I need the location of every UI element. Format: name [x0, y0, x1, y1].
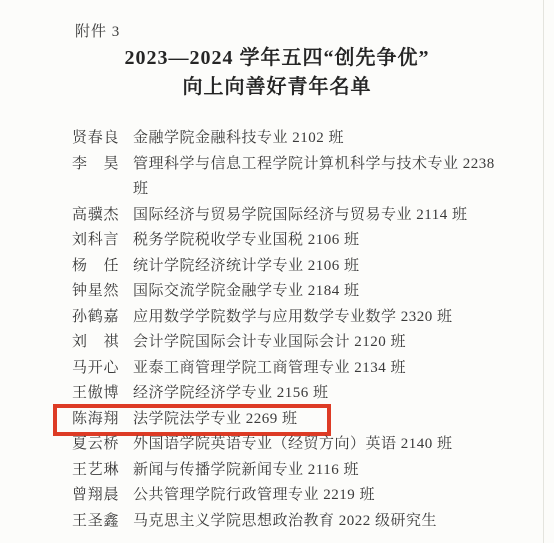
list-item: 刘科言 税务学院税收学专业国税 2106 班 — [72, 228, 512, 254]
person-detail: 法学院法学专业 2269 班 — [133, 407, 495, 433]
person-name: 孙鹤嘉 — [72, 305, 119, 331]
person-detail: 国际经济与贸易学院国际经济与贸易专业 2114 班 — [133, 203, 495, 229]
person-name: 杨 任 — [72, 254, 119, 280]
person-detail: 金融学院金融科技专业 2102 班 — [133, 126, 495, 152]
document-title: 2023—2024 学年五四“创先争优” 向上向善好青年名单 — [0, 44, 554, 102]
person-name: 夏云桥 — [72, 432, 119, 458]
document-title-line2: 向上向善好青年名单 — [0, 73, 554, 102]
person-detail: 统计学院经济统计学专业 2106 班 — [133, 254, 495, 280]
list-item: 贤春良 金融学院金融科技专业 2102 班 — [72, 126, 512, 152]
person-name: 贤春良 — [72, 126, 119, 152]
list-item: 李 昊 管理科学与信息工程学院计算机科学与技术专业 2238 班 — [72, 152, 512, 203]
scanned-document-page: 附件 3 2023—2024 学年五四“创先争优” 向上向善好青年名单 贤春良 … — [0, 0, 554, 543]
person-detail: 亚泰工商管理学院工商管理专业 2134 班 — [133, 356, 495, 382]
list-item: 杨 任 统计学院经济统计学专业 2106 班 — [72, 254, 512, 280]
person-name: 刘 祺 — [72, 330, 119, 356]
person-name: 马开心 — [72, 356, 119, 382]
person-name: 高骥杰 — [72, 203, 119, 229]
list-item-highlighted: 陈海翔 法学院法学专业 2269 班 — [72, 407, 512, 433]
person-name: 王艺琳 — [72, 458, 119, 484]
person-detail: 新闻与传播学院新闻专业 2116 班 — [133, 458, 495, 484]
person-detail: 会计学院国际会计专业国际会计 2120 班 — [133, 330, 495, 356]
person-name: 曾翔晨 — [72, 483, 119, 509]
person-name: 陈海翔 — [72, 407, 119, 433]
attachment-label: 附件 3 — [75, 20, 120, 41]
list-item: 马开心 亚泰工商管理学院工商管理专业 2134 班 — [72, 356, 512, 382]
list-item: 孙鹤嘉 应用数学学院数学与应用数学专业数学 2320 班 — [72, 305, 512, 331]
list-item: 王艺琳 新闻与传播学院新闻专业 2116 班 — [72, 458, 512, 484]
person-detail: 管理科学与信息工程学院计算机科学与技术专业 2238 班 — [133, 152, 495, 203]
person-name: 王傲博 — [72, 381, 119, 407]
document-title-line1: 2023—2024 学年五四“创先争优” — [0, 44, 554, 73]
list-item: 王傲博 经济学院经济学专业 2156 班 — [72, 381, 512, 407]
person-detail: 经济学院经济学专业 2156 班 — [133, 381, 495, 407]
person-detail: 应用数学学院数学与应用数学专业数学 2320 班 — [133, 305, 495, 331]
list-item: 曾翔晨 公共管理学院行政管理专业 2219 班 — [72, 483, 512, 509]
list-item: 刘 祺 会计学院国际会计专业国际会计 2120 班 — [72, 330, 512, 356]
person-detail: 国际交流学院金融学专业 2184 班 — [133, 279, 495, 305]
person-detail: 马克思主义学院思想政治教育 2022 级研究生 — [133, 509, 495, 535]
person-detail: 税务学院税收学专业国税 2106 班 — [133, 228, 495, 254]
person-detail: 外国语学院英语专业（经贸方向）英语 2140 班 — [133, 432, 495, 458]
awardee-list: 贤春良 金融学院金融科技专业 2102 班 李 昊 管理科学与信息工程学院计算机… — [72, 126, 512, 534]
person-name: 刘科言 — [72, 228, 119, 254]
person-name: 钟星然 — [72, 279, 119, 305]
list-item: 王圣鑫 马克思主义学院思想政治教育 2022 级研究生 — [72, 509, 512, 535]
list-item: 夏云桥 外国语学院英语专业（经贸方向）英语 2140 班 — [72, 432, 512, 458]
person-name: 王圣鑫 — [72, 509, 119, 535]
person-detail: 公共管理学院行政管理专业 2219 班 — [133, 483, 495, 509]
list-item: 高骥杰 国际经济与贸易学院国际经济与贸易专业 2114 班 — [72, 203, 512, 229]
list-item: 钟星然 国际交流学院金融学专业 2184 班 — [72, 279, 512, 305]
person-name: 李 昊 — [72, 152, 119, 178]
